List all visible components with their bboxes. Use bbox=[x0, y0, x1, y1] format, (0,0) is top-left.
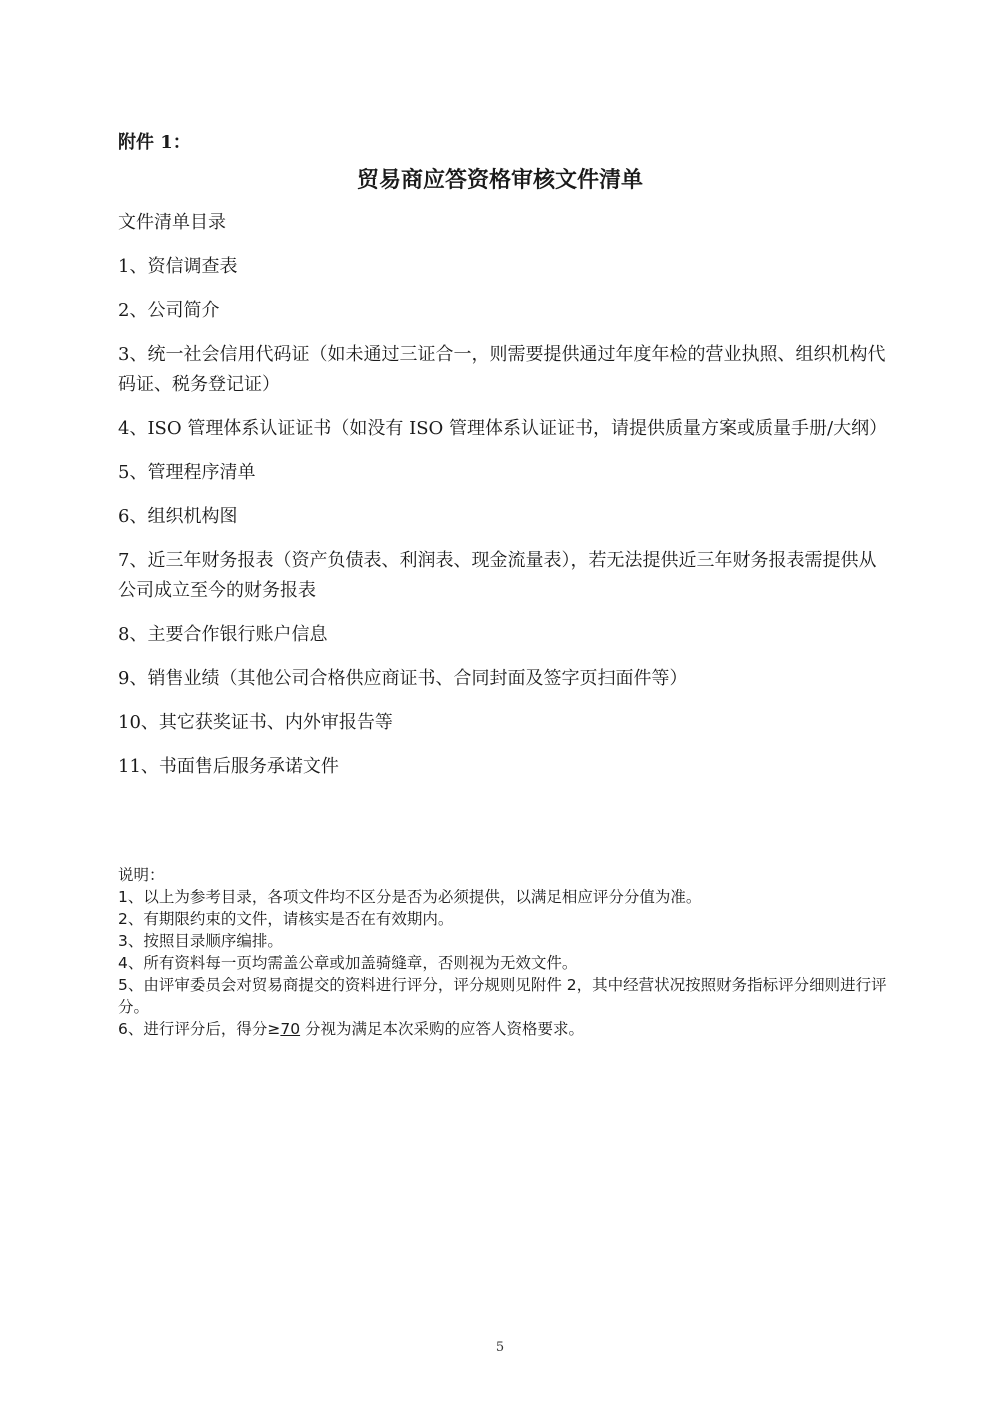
list-item: 1、资信调查表 bbox=[118, 252, 888, 282]
document-page: 附件 1： 贸易商应答资格审核文件清单 文件清单目录 1、资信调查表 2、公司简… bbox=[0, 0, 1000, 1413]
notes-heading: 说明： bbox=[118, 864, 888, 886]
note-item: 1、以上为参考目录，各项文件均不区分是否为必须提供，以满足相应评分分值为准。 bbox=[118, 886, 888, 908]
list-item: 8、主要合作银行账户信息 bbox=[118, 620, 888, 650]
notes-section: 说明： 1、以上为参考目录，各项文件均不区分是否为必须提供，以满足相应评分分值为… bbox=[118, 864, 888, 1040]
score-threshold: 70 bbox=[280, 1020, 300, 1038]
file-list: 文件清单目录 1、资信调查表 2、公司简介 3、统一社会信用代码证（如未通过三证… bbox=[118, 208, 888, 796]
list-item: 6、组织机构图 bbox=[118, 502, 888, 532]
note-item: 3、按照目录顺序编排。 bbox=[118, 930, 888, 952]
page-number: 5 bbox=[0, 1340, 1000, 1355]
list-item: 5、管理程序清单 bbox=[118, 458, 888, 488]
document-title-text: 贸易商应答资格审核文件清单 bbox=[357, 163, 643, 194]
document-title: 贸易商应答资格审核文件清单 bbox=[0, 163, 1000, 194]
note-item: 5、由评审委员会对贸易商提交的资料进行评分，评分规则见附件 2，其中经营状况按照… bbox=[118, 974, 888, 1018]
note-item: 2、有期限约束的文件，请核实是否在有效期内。 bbox=[118, 908, 888, 930]
list-item: 10、其它获奖证书、内外审报告等 bbox=[118, 708, 888, 738]
list-item: 7、近三年财务报表（资产负债表、利润表、现金流量表），若无法提供近三年财务报表需… bbox=[118, 546, 888, 606]
list-item: 2、公司简介 bbox=[118, 296, 888, 326]
note-suffix: 分视为满足本次采购的应答人资格要求。 bbox=[300, 1020, 584, 1038]
list-item: 3、统一社会信用代码证（如未通过三证合一，则需要提供通过年度年检的营业执照、组织… bbox=[118, 340, 888, 400]
note-prefix: 6、进行评分后，得分≥ bbox=[118, 1020, 280, 1038]
list-item: 4、ISO 管理体系认证证书（如没有 ISO 管理体系认证证书，请提供质量方案或… bbox=[118, 414, 888, 444]
note-item: 6、进行评分后，得分≥70 分视为满足本次采购的应答人资格要求。 bbox=[118, 1018, 888, 1040]
attachment-label: 附件 1： bbox=[118, 128, 191, 154]
list-item: 9、销售业绩（其他公司合格供应商证书、合同封面及签字页扫面件等） bbox=[118, 664, 888, 694]
file-list-heading: 文件清单目录 bbox=[118, 208, 888, 238]
note-item: 4、所有资料每一页均需盖公章或加盖骑缝章，否则视为无效文件。 bbox=[118, 952, 888, 974]
list-item: 11、书面售后服务承诺文件 bbox=[118, 752, 888, 782]
